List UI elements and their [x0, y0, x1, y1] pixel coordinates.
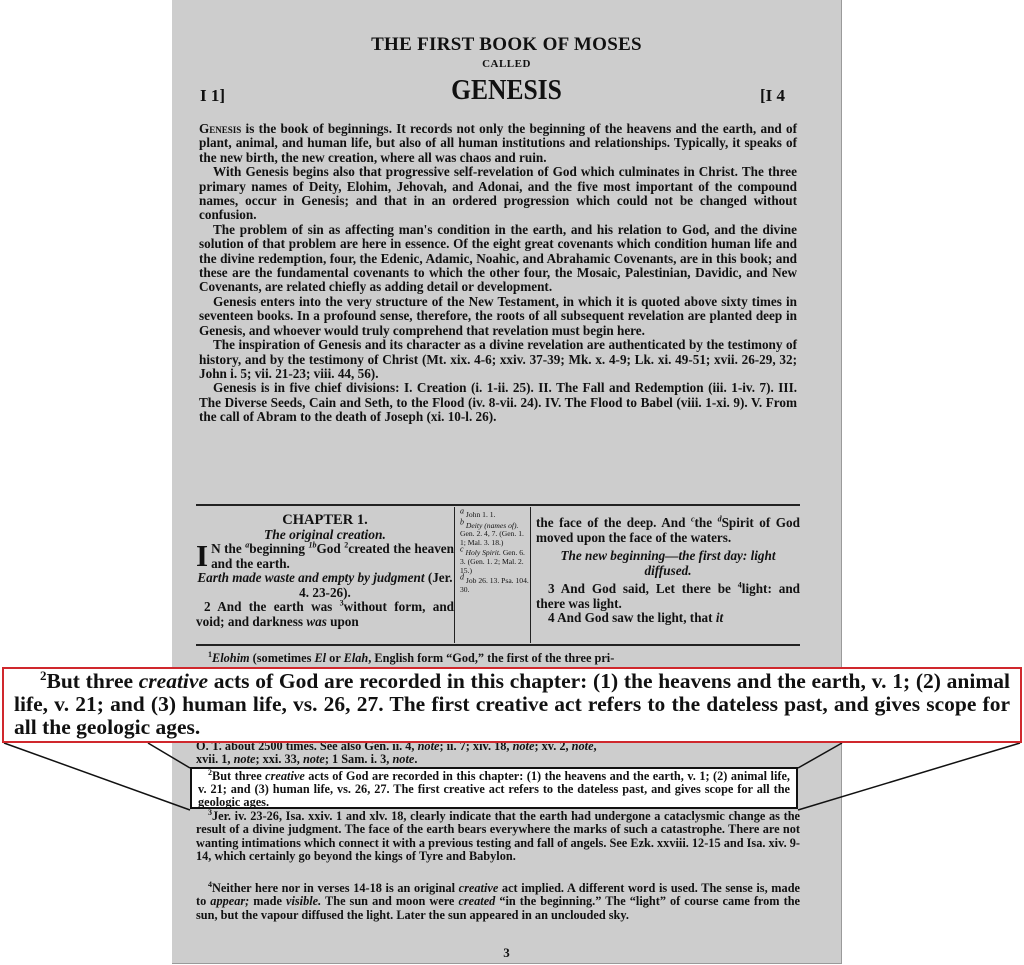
intro-paragraph: Genesis is the book of beginnings. It re…	[199, 122, 797, 165]
magnified-callout-footnote-2: 2But three creative acts of God are reco…	[2, 667, 1022, 743]
intro-paragraph: The inspiration of Genesis and its chara…	[199, 338, 797, 381]
section-divider	[196, 504, 800, 506]
verse-2: 2 And the earth was 3without form, and v…	[196, 600, 454, 629]
footnote-4: 4Neither here nor in verses 14-18 is an …	[196, 882, 800, 922]
intro-paragraph: Genesis is in five chief divisions: I. C…	[199, 381, 797, 424]
book-introduction: Genesis is the book of beginnings. It re…	[199, 122, 797, 425]
margin-ref-a: a John 1. 1.	[460, 511, 530, 520]
verse-3: 3 And God said, Let there be 4light: and…	[536, 582, 800, 611]
chapter-subheading: The original creation.	[196, 528, 454, 543]
footnote-divider	[196, 644, 800, 646]
book-title: THE FIRST BOOK OF MOSES	[172, 34, 841, 56]
intro-paragraph: The problem of sin as affecting man's co…	[199, 223, 797, 295]
book-title-called: CALLED	[172, 58, 841, 70]
running-ref-left: I 1]	[200, 86, 225, 106]
intro-paragraph: With Genesis begins also that progressiv…	[199, 165, 797, 223]
drop-cap: I	[196, 543, 208, 569]
text-column-right: the face of the deep. And cthe dSpirit o…	[536, 507, 800, 643]
margin-ref-b: b Deity (names of). Gen. 2. 4, 7. (Gen. …	[460, 522, 530, 548]
margin-ref-d: d Job 26. 13. Psa. 104. 30.	[460, 577, 530, 594]
chapter-1-body: CHAPTER 1. The original creation. IN the…	[196, 507, 800, 643]
highlighted-footnote-2: 2But three creative acts of God are reco…	[190, 767, 798, 809]
footnote-1: 1Elohim (sometimes El or Elah, English f…	[196, 652, 800, 665]
page-number: 3	[172, 945, 841, 961]
text-column-left: CHAPTER 1. The original creation. IN the…	[196, 507, 455, 643]
verse-4: 4 And God saw the light, that it	[536, 611, 800, 626]
running-ref-right: [I 4	[760, 86, 785, 106]
scanned-page: THE FIRST BOOK OF MOSES CALLED GENESIS I…	[172, 0, 842, 964]
footnote-1-tail: O. T. about 2500 times. See also Gen. ii…	[196, 740, 800, 767]
section-heading: The new beginning—the first day: light d…	[536, 549, 800, 578]
marginal-references: a John 1. 1. b Deity (names of). Gen. 2.…	[456, 507, 531, 643]
margin-ref-c: c Holy Spirit. Gen. 6. 3. (Gen. 1. 2; Ma…	[460, 549, 530, 575]
section-heading: Earth made waste and empty by judgment (…	[196, 571, 454, 600]
footnote-3: 3Jer. iv. 23-26, Isa. xxiv. 1 and xlv. 1…	[196, 810, 800, 863]
book-name: GENESIS	[212, 74, 801, 107]
verse-2-continued: the face of the deep. And cthe dSpirit o…	[536, 516, 800, 545]
chapter-heading: CHAPTER 1.	[196, 513, 454, 528]
verse-1: IN the abeginning 1bGod 2created the hea…	[196, 542, 454, 571]
intro-paragraph: Genesis enters into the very structure o…	[199, 295, 797, 338]
